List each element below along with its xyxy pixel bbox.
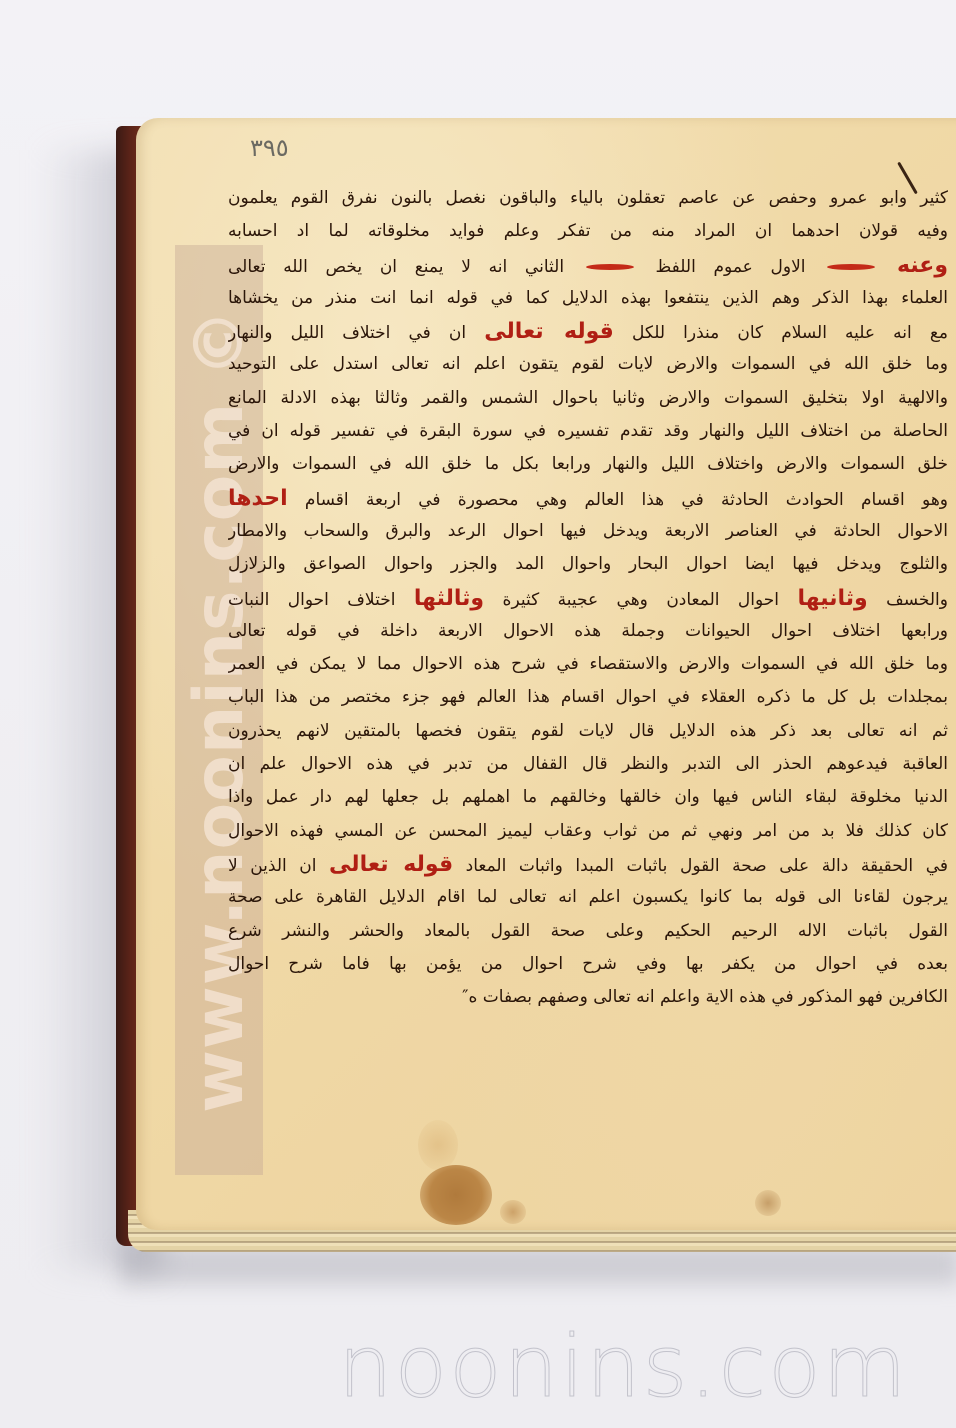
end-mark: ه″ <box>462 987 477 1007</box>
text-line: الدنيا مخلوقة لبقاء الناس فيها وان خالقه… <box>228 781 948 814</box>
text-line: كان كذلك فلا بد من امر ونهي ثم من ثواب و… <box>228 815 948 848</box>
line-text: وهو اقسام الحوادث الحادثة في هذا العالم … <box>305 490 948 510</box>
text-line: وما خلق الله في السموات والارض لايات لقو… <box>228 348 948 381</box>
line-text: في الحقيقة دالة على صحة القول باثبات الم… <box>466 856 948 876</box>
line-text: بمجلدات بل كل ما ذكره العقلاء في احوال ا… <box>228 687 948 707</box>
text-line: وما خلق الله في السموات والارض والاستقصا… <box>228 648 948 681</box>
line-text: بعده في احوال من يكفر بها وفي شرح احوال … <box>228 954 948 974</box>
folio-number: ٣٩٥ <box>250 134 289 162</box>
water-stain <box>755 1190 781 1216</box>
text-line: في الحقيقة دالة على صحة القول باثبات الم… <box>228 848 948 881</box>
line-text: يرجون لقاءنا الى قوله بما كانوا يكسبون ا… <box>228 887 948 907</box>
water-stain <box>500 1200 526 1224</box>
red-overline <box>827 264 875 270</box>
text-line: بمجلدات بل كل ما ذكره العقلاء في احوال ا… <box>228 681 948 714</box>
text-line: ثم انه تعالى بعد ذكر هذه الدلايل قال لاي… <box>228 715 948 748</box>
text-line: مع انه عليه السلام كان منذرا للكل قوله ت… <box>228 315 948 348</box>
text-line: والخسف وثانيها احوال المعادن وهي عجيبة ك… <box>228 582 948 615</box>
line-text: وما خلق الله في السموات والارض والاستقصا… <box>228 654 948 674</box>
text-line: الكافرين فهو المذكور في هذه الاية واعلم … <box>228 981 948 1014</box>
text-line: وعنه الاول عموم اللفظ الثاني انه لا يمنع… <box>228 249 948 282</box>
text-line: يرجون لقاءنا الى قوله بما كانوا يكسبون ا… <box>228 881 948 914</box>
watermark-bottom: noonins.com <box>338 1322 956 1412</box>
text-line: العاقبة فيدعوهم الحذر الى التدبر والنظر … <box>228 748 948 781</box>
text-line: كثير وابو عمرو وحفص عن عاصم تعقلون باليا… <box>228 182 948 215</box>
line-text: وفيه قولان احدهما ان المراد منه من تفكر … <box>228 221 948 241</box>
line-text: كثير وابو عمرو وحفص عن عاصم تعقلون باليا… <box>228 188 948 208</box>
line-text: اختلاف احوال النبات <box>228 590 395 610</box>
rubric-word: وعنه <box>897 253 948 278</box>
text-line: العلماء بهذا الذكر وهم الذين ينتفعوا بهذ… <box>228 282 948 315</box>
line-text: ورابعها اختلاف احوال الحيوانات وجملة هذه… <box>228 621 948 641</box>
text-line: والثلوج ويدخل فيها ايضا احوال البحار واح… <box>228 548 948 581</box>
text-line: والالهية اولا بتخليق السموات والارض وثان… <box>228 382 948 415</box>
text-line: وهو اقسام الحوادث الحادثة في هذا العالم … <box>228 482 948 515</box>
line-text: خلق السموات والارض واختلاف الليل والنهار… <box>228 454 948 474</box>
line-text: والثلوج ويدخل فيها ايضا احوال البحار واح… <box>228 554 948 574</box>
text-line: وفيه قولان احدهما ان المراد منه من تفكر … <box>228 215 948 248</box>
water-stain <box>418 1120 458 1170</box>
rubric-heading: قوله تعالى <box>329 852 453 877</box>
line-text: والالهية اولا بتخليق السموات والارض وثان… <box>228 388 948 408</box>
line-text: الثاني انه لا يمنع ان يخص الله تعالى <box>228 257 564 277</box>
ink-stain <box>420 1165 492 1225</box>
line-text: ان في اختلاف الليل والنهار <box>228 323 466 343</box>
line-text: العلماء بهذا الذكر وهم الذين ينتفعوا بهذ… <box>228 288 948 308</box>
line-text: ثم انه تعالى بعد ذكر هذه الدلايل قال لاي… <box>228 721 948 741</box>
line-text: والخسف <box>886 590 948 610</box>
text-line: خلق السموات والارض واختلاف الليل والنهار… <box>228 448 948 481</box>
line-text: احوال المعادن وهي عجيبة كثيرة <box>503 590 779 610</box>
line-text: كان كذلك فلا بد من امر ونهي ثم من ثواب و… <box>228 821 948 841</box>
rubric-word: احدها <box>228 486 288 511</box>
rubric-word: وثالثها <box>414 586 484 611</box>
rubric-heading: قوله تعالى <box>484 319 614 344</box>
red-overline <box>586 264 634 270</box>
text-line: الحاصلة من اختلاف الليل والنهار وقد تقدم… <box>228 415 948 448</box>
line-text: ان الذين لا <box>228 856 317 876</box>
line-text: القول باثبات الاله الرحيم الحكيم وعلى صح… <box>228 921 948 941</box>
line-text: الاول عموم اللفظ <box>656 257 806 277</box>
rubric-word: وثانيها <box>797 586 867 611</box>
line-text: الكافرين فهو المذكور في هذه الاية واعلم … <box>483 987 948 1007</box>
manuscript-text: كثير وابو عمرو وحفص عن عاصم تعقلون باليا… <box>228 182 948 1014</box>
text-line: بعده في احوال من يكفر بها وفي شرح احوال … <box>228 948 948 981</box>
text-line: القول باثبات الاله الرحيم الحكيم وعلى صح… <box>228 915 948 948</box>
line-text: الاحوال الحادثة في العناصر الاربعة ويدخل… <box>228 521 948 541</box>
line-text: مع انه عليه السلام كان منذرا للكل <box>632 323 948 343</box>
text-line: الاحوال الحادثة في العناصر الاربعة ويدخل… <box>228 515 948 548</box>
line-text: العاقبة فيدعوهم الحذر الى التدبر والنظر … <box>228 754 948 774</box>
line-text: الدنيا مخلوقة لبقاء الناس فيها وان خالقه… <box>228 787 948 807</box>
text-line: ورابعها اختلاف احوال الحيوانات وجملة هذه… <box>228 615 948 648</box>
line-text: وما خلق الله في السموات والارض لايات لقو… <box>228 354 948 374</box>
line-text: الحاصلة من اختلاف الليل والنهار وقد تقدم… <box>228 421 948 441</box>
